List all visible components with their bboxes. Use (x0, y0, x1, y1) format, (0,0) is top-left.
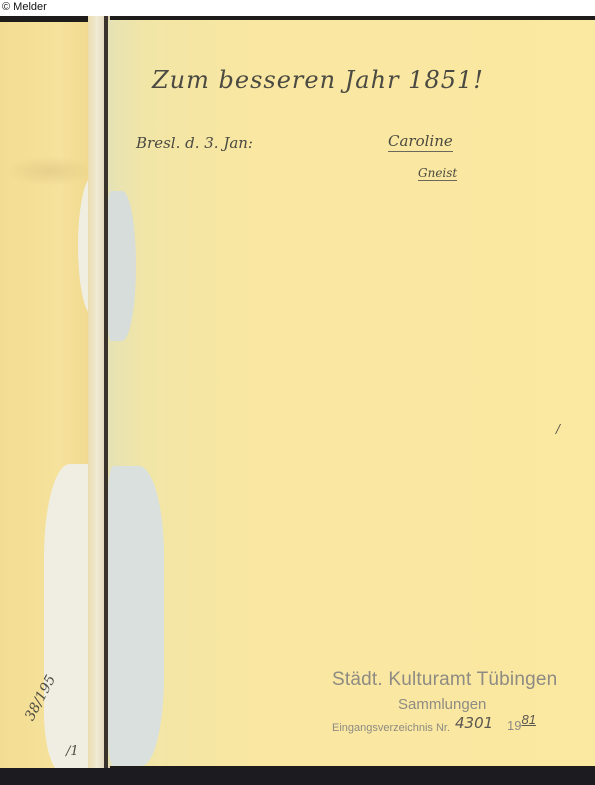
stamp-year-prefix: 19 (507, 718, 521, 733)
stamp-department: Sammlungen (398, 696, 486, 713)
stamp-institution: Städt. Kulturamt Tübingen (332, 669, 557, 691)
right-flyleaf (108, 20, 595, 766)
book-spine-gutter (104, 16, 108, 776)
faint-offset-mark (6, 156, 94, 186)
handwritten-signature-line2: Gneist (418, 166, 457, 181)
stamp-year: 1981 (507, 718, 536, 733)
handwritten-signature: Caroline (388, 132, 453, 152)
handwritten-dedication: Zum besseren Jahr 1851! (152, 66, 484, 94)
book-photo: Zum besseren Jahr 1851! Bresl. d. 3. Jan… (0, 16, 595, 785)
torn-paper-right-lower (108, 466, 164, 766)
pencil-shelf-note-2: /1 (66, 744, 79, 759)
cover-bottom-edge (0, 768, 595, 785)
copyright-credit: © Melder (2, 1, 47, 13)
stamp-register-label: Eingangsverzeichnis Nr. (332, 722, 450, 734)
torn-paper-right-upper (108, 191, 136, 341)
margin-mark: / (556, 422, 560, 436)
stamp-entry-number: 4301 (455, 714, 493, 732)
handwritten-place-date: Bresl. d. 3. Jan: (136, 134, 253, 152)
stamp-year-suffix: 81 (521, 712, 535, 727)
